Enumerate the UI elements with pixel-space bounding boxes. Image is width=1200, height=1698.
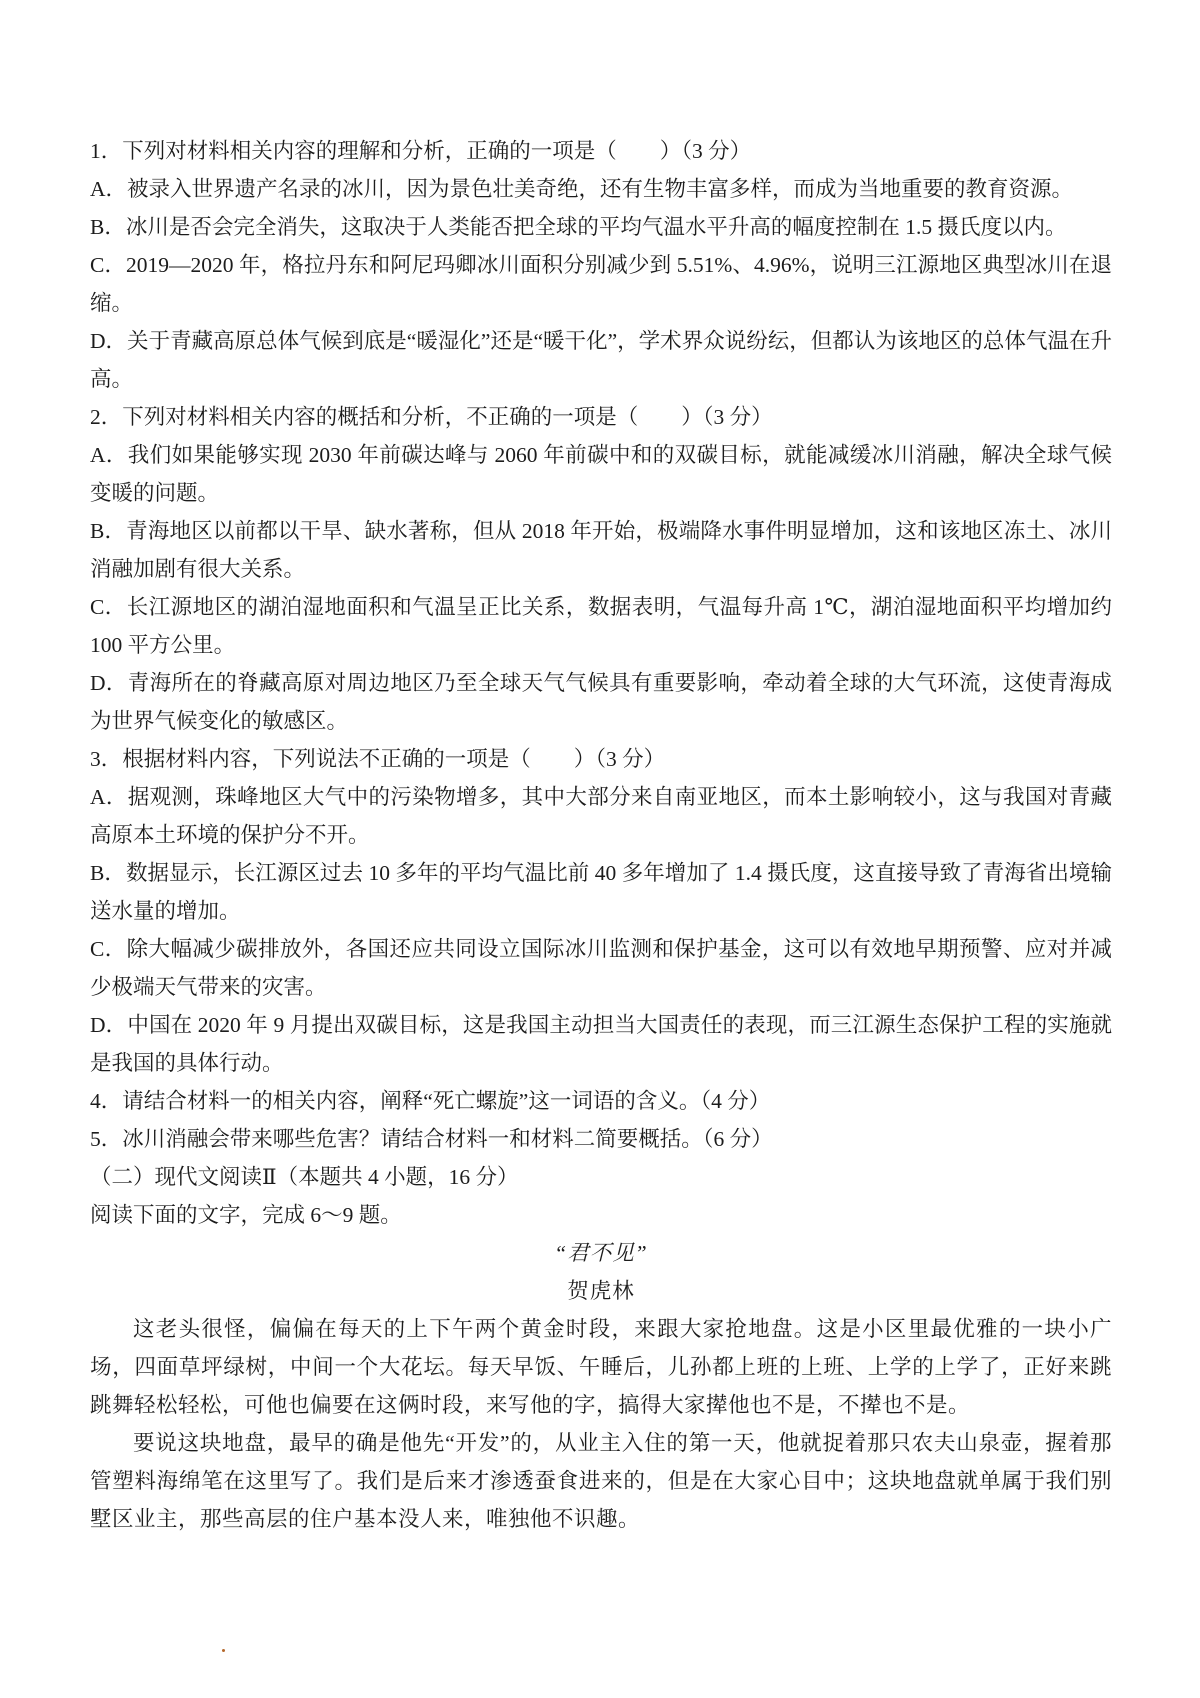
exam-page: 1．下列对材料相关内容的理解和分析，正确的一项是（ ）（3 分）A．被录入世界遗…: [0, 0, 1200, 1698]
option-block: C．2019—2020 年，格拉丹东和阿尼玛卿冰川面积分别减少到 5.51%、4…: [90, 246, 1112, 322]
option-block: C．除大幅减少碳排放外，各国还应共同设立国际冰川监测和保护基金，这可以有效地早期…: [90, 930, 1112, 1006]
title-block: “君不见”: [90, 1234, 1112, 1272]
paragraph-block: 这老头很怪，偏偏在每天的上下午两个黄金时段，来跟大家抢地盘。这是小区里最优雅的一…: [90, 1310, 1112, 1424]
document-content: 1．下列对材料相关内容的理解和分析，正确的一项是（ ）（3 分）A．被录入世界遗…: [90, 132, 1112, 1538]
option-block: A．被录入世界遗产名录的冰川，因为景色壮美奇绝，还有生物丰富多样，而成为当地重要…: [90, 170, 1112, 208]
question-block: 2．下列对材料相关内容的概括和分析，不正确的一项是（ ）（3 分）: [90, 398, 1112, 436]
option-block: A．据观测，珠峰地区大气中的污染物增多，其中大部分来自南亚地区，而本土影响较小，…: [90, 778, 1112, 854]
option-block: B．冰川是否会完全消失，这取决于人类能否把全球的平均气温水平升高的幅度控制在 1…: [90, 208, 1112, 246]
option-block: B．数据显示，长江源区过去 10 多年的平均气温比前 40 多年增加了 1.4 …: [90, 854, 1112, 930]
option-block: C．长江源地区的湖泊湿地面积和气温呈正比关系，数据表明，气温每升高 1℃，湖泊湿…: [90, 588, 1112, 664]
question-block: 5．冰川消融会带来哪些危害？请结合材料一和材料二简要概括。（6 分）: [90, 1120, 1112, 1158]
option-block: A．我们如果能够实现 2030 年前碳达峰与 2060 年前碳中和的双碳目标，就…: [90, 436, 1112, 512]
option-block: B．青海地区以前都以干旱、缺水著称，但从 2018 年开始，极端降水事件明显增加…: [90, 512, 1112, 588]
instruction-block: 阅读下面的文字，完成 6～9 题。: [90, 1196, 1112, 1234]
scan-speck: [222, 1649, 225, 1652]
question-block: 3．根据材料内容，下列说法不正确的一项是（ ）（3 分）: [90, 740, 1112, 778]
question-block: 1．下列对材料相关内容的理解和分析，正确的一项是（ ）（3 分）: [90, 132, 1112, 170]
option-block: D．关于青藏高原总体气候到底是“暖湿化”还是“暖干化”，学术界众说纷纭，但都认为…: [90, 322, 1112, 398]
option-block: D．青海所在的脊藏高原对周边地区乃至全球天气气候具有重要影响，牵动着全球的大气环…: [90, 664, 1112, 740]
section-block: （二）现代文阅读Ⅱ（本题共 4 小题，16 分）: [90, 1158, 1112, 1196]
author-block: 贺虎林: [90, 1272, 1112, 1310]
paragraph-block: 要说这块地盘，最早的确是他先“开发”的，从业主入住的第一天，他就捉着那只农夫山泉…: [90, 1424, 1112, 1538]
option-block: D．中国在 2020 年 9 月提出双碳目标，这是我国主动担当大国责任的表现，而…: [90, 1006, 1112, 1082]
question-block: 4．请结合材料一的相关内容，阐释“死亡螺旋”这一词语的含义。（4 分）: [90, 1082, 1112, 1120]
